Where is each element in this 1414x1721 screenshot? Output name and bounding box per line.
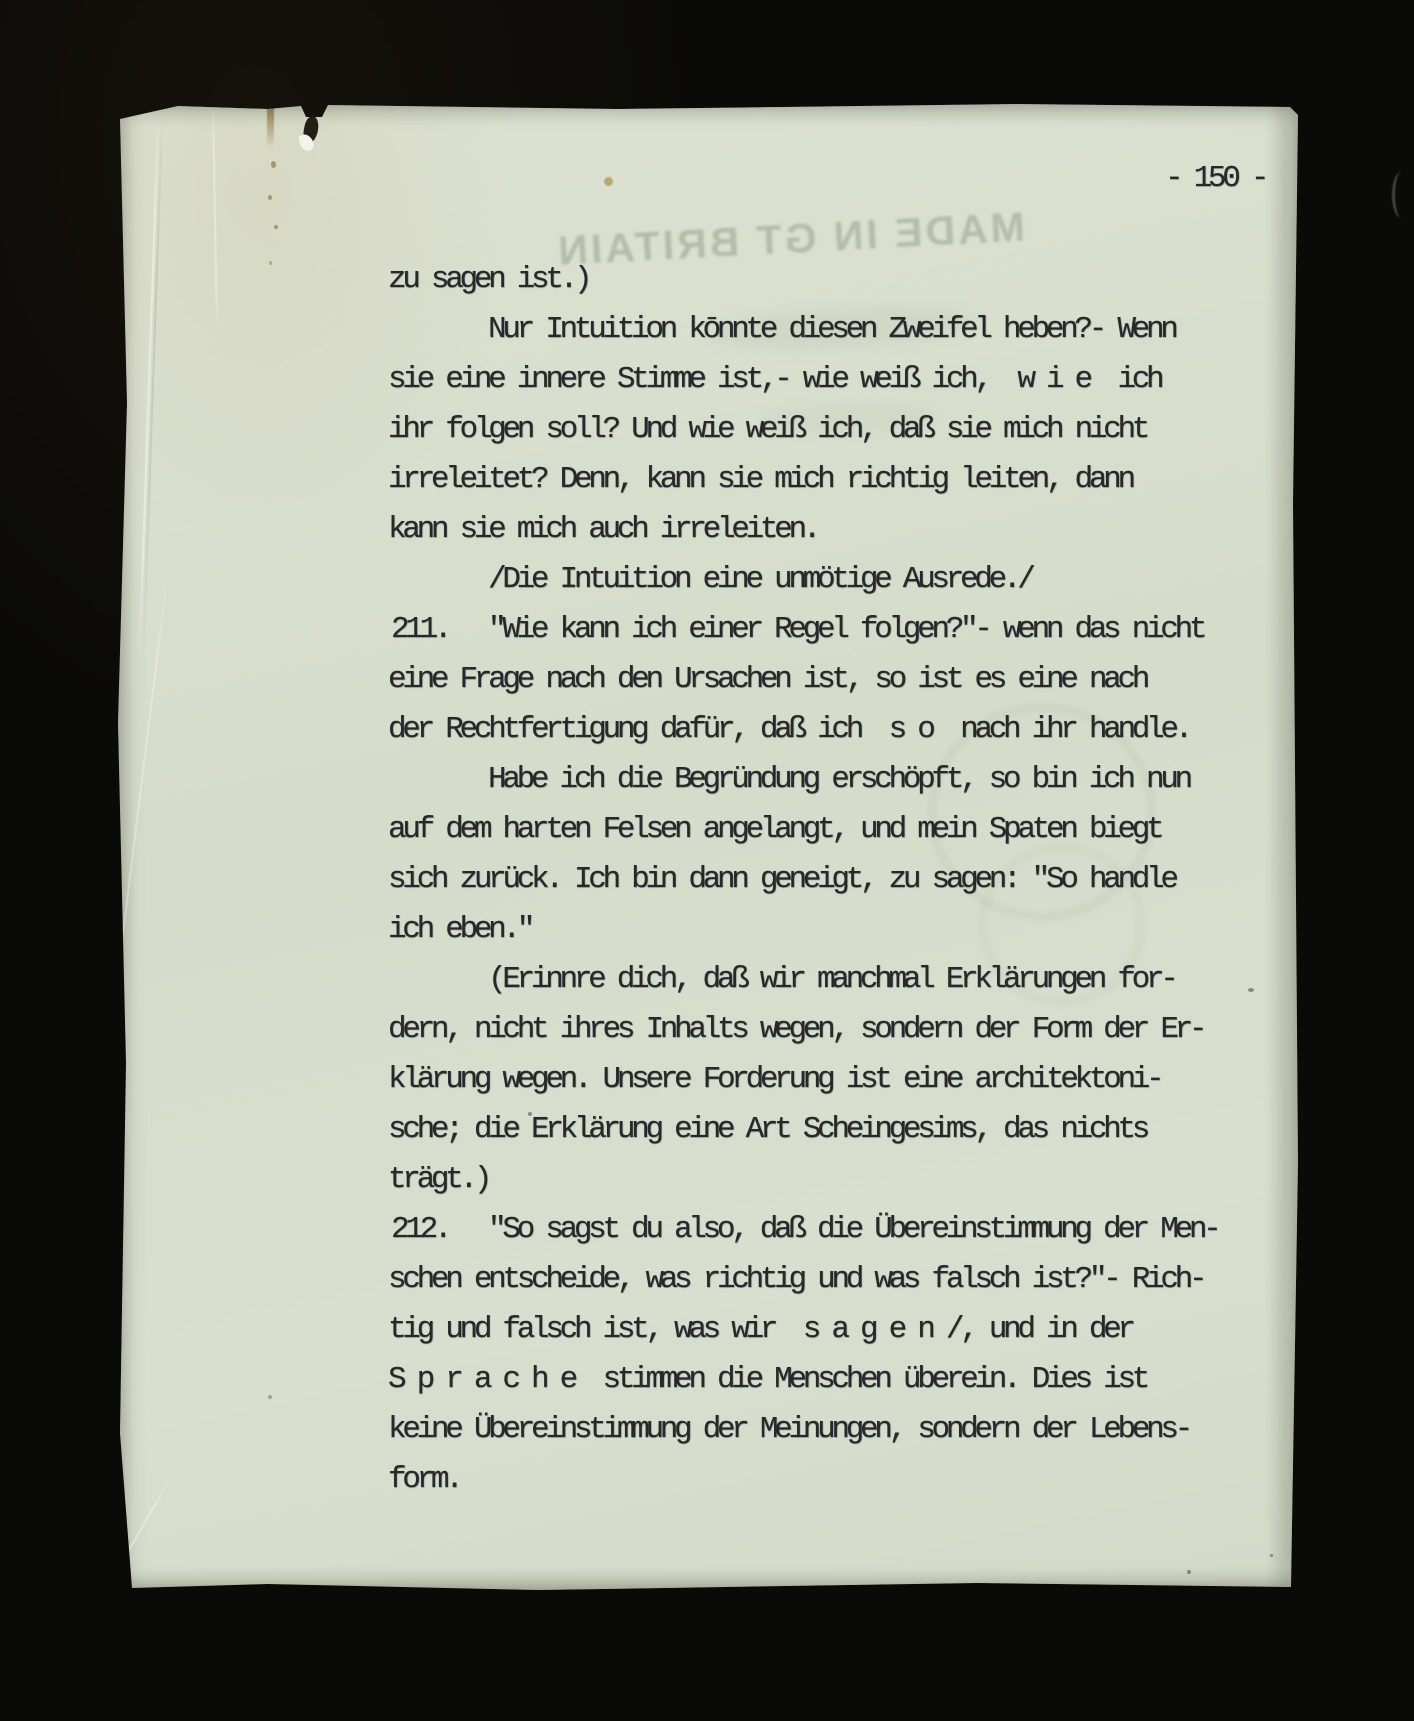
typed-line-text: schen entscheide, was richtig und was fa…	[388, 1262, 1203, 1297]
typed-line-text: /Die Intuition eine unmötige Ausrede./	[488, 562, 1032, 597]
typed-line: (Erinnre dich, daß wir manchmal Erklärun…	[388, 955, 1268, 1005]
typed-line: form.	[388, 1455, 1268, 1505]
typed-text-block: zu sagen ist.)Nur Intuition kōnnte diese…	[388, 255, 1268, 1505]
document-page: MADE IN GT BRITAIN - 150 - zu sagen ist.…	[118, 103, 1298, 1590]
typed-line: ich eben."	[388, 905, 1268, 955]
typed-line: tig und falsch ist, was wir s a g e n /,…	[388, 1305, 1268, 1355]
typed-line-text: keine Übereinstimmung der Meinungen, son…	[388, 1412, 1189, 1447]
typed-line: Nur Intuition kōnnte diesen Zweifel hebe…	[388, 305, 1268, 355]
paper-crease-shadow	[142, 103, 164, 663]
typed-line-text: kann sie mich auch irreleiten.	[388, 512, 817, 547]
ink-speck	[1187, 1570, 1191, 1574]
stain-dot	[271, 161, 276, 168]
stain-dot	[274, 225, 278, 229]
section-number: 212.	[291, 1205, 448, 1255]
typed-line: keine Übereinstimmung der Meinungen, son…	[388, 1405, 1268, 1455]
typed-line-text: sche; die Erklärung eine Art Scheingesim…	[388, 1112, 1146, 1147]
typed-line-text: trägt.)	[388, 1162, 488, 1197]
typed-line-text: "Wie kann ich einer Regel folgen?"- wenn…	[488, 612, 1203, 647]
typed-line: eine Frage nach den Ursachen ist, so ist…	[388, 655, 1268, 705]
typed-line: sie eine innere Stimme ist,- wie weiß ic…	[388, 355, 1268, 405]
typed-line-text: sie eine innere Stimme ist,- wie weiß ic…	[388, 362, 1160, 397]
typed-line-text: S p r a c h e stimmen die Menschen übere…	[388, 1362, 1146, 1397]
stain-drip	[267, 103, 274, 147]
typed-line-text: der Rechtfertigung dafür, daß ich s o na…	[388, 712, 1189, 747]
ink-speck	[268, 1395, 272, 1399]
paper-crease	[138, 103, 160, 663]
typed-line-text: (Erinnre dich, daß wir manchmal Erklärun…	[488, 962, 1175, 997]
typed-line: der Rechtfertigung dafür, daß ich s o na…	[388, 705, 1268, 755]
paper-crease	[212, 103, 218, 333]
typed-line-text: "So sagst du also, daß die Übereinstimmu…	[488, 1212, 1217, 1247]
typed-line: ihr folgen soll? Und wie weiß ich, daß s…	[388, 405, 1268, 455]
typed-line-text: eine Frage nach den Ursachen ist, so ist…	[388, 662, 1146, 697]
typed-line-text: irreleitet? Denn, kann sie mich richtig …	[388, 462, 1132, 497]
stain-dot	[268, 195, 272, 200]
typed-line-text: ich eben."	[388, 912, 531, 947]
typed-line: dern, nicht ihres Inhalts wegen, sondern…	[388, 1005, 1268, 1055]
typed-line-text: zu sagen ist.)	[388, 262, 588, 297]
ink-speck	[528, 1112, 532, 1116]
typed-line-text: Habe ich die Begründung erschöpft, so bi…	[488, 762, 1189, 797]
typed-line: sich zurück. Ich bin dann geneigt, zu sa…	[388, 855, 1268, 905]
typed-line-text: auf dem harten Felsen angelangt, und mei…	[388, 812, 1160, 847]
adjacent-page-edge	[1392, 172, 1411, 218]
typed-line: kann sie mich auch irreleiten.	[388, 505, 1268, 555]
typed-line: zu sagen ist.)	[388, 255, 1268, 305]
typed-line-text: form.	[388, 1462, 460, 1497]
typed-line-text: ihr folgen soll? Und wie weiß ich, daß s…	[388, 412, 1146, 447]
typed-line: 212."So sagst du also, daß die Übereinst…	[388, 1205, 1268, 1255]
typed-line-text: Nur Intuition kōnnte diesen Zweifel hebe…	[488, 312, 1175, 347]
typed-line-text: tig und falsch ist, was wir s a g e n /,…	[388, 1312, 1132, 1347]
section-number: 211.	[291, 605, 448, 655]
typed-line: klärung wegen. Unsere Forderung ist eine…	[388, 1055, 1268, 1105]
typed-line-text: sich zurück. Ich bin dann geneigt, zu sa…	[388, 862, 1175, 897]
foxing-spot	[604, 177, 613, 186]
stain-dot	[269, 261, 272, 265]
typed-line: S p r a c h e stimmen die Menschen übere…	[388, 1355, 1268, 1405]
typed-line-text: dern, nicht ihres Inhalts wegen, sondern…	[388, 1012, 1203, 1047]
typed-line: schen entscheide, was richtig und was fa…	[388, 1255, 1268, 1305]
typed-line: Habe ich die Begründung erschöpft, so bi…	[388, 755, 1268, 805]
typed-line: /Die Intuition eine unmötige Ausrede./	[388, 555, 1268, 605]
ink-speck	[1248, 988, 1254, 992]
typed-line: sche; die Erklärung eine Art Scheingesim…	[388, 1105, 1268, 1155]
typed-line: auf dem harten Felsen angelangt, und mei…	[388, 805, 1268, 855]
typed-line: irreleitet? Denn, kann sie mich richtig …	[388, 455, 1268, 505]
typed-line-text: klärung wegen. Unsere Forderung ist eine…	[388, 1062, 1160, 1097]
typed-line: 211."Wie kann ich einer Regel folgen?"- …	[388, 605, 1268, 655]
page-edge-shading	[1266, 103, 1292, 1590]
page-number: - 150 -	[1165, 161, 1265, 197]
typed-line: trägt.)	[388, 1155, 1268, 1205]
